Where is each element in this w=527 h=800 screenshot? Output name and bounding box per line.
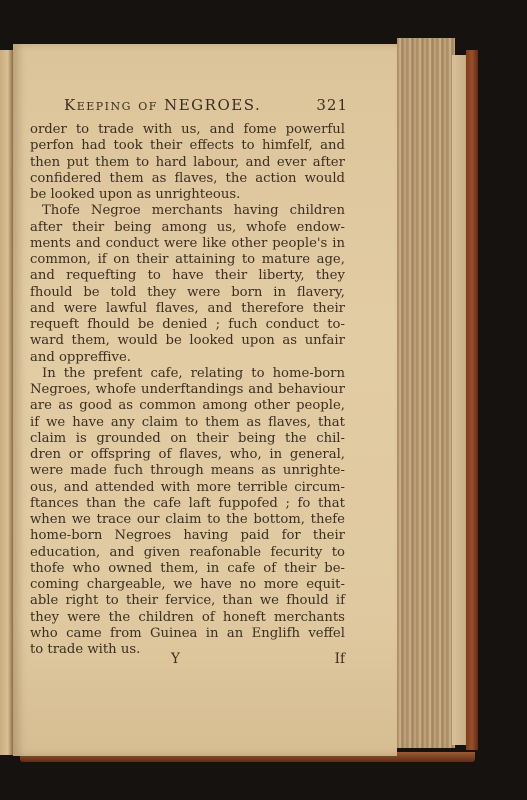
word: conduct bbox=[266, 317, 319, 333]
word: flaves, bbox=[179, 447, 222, 463]
word: in bbox=[273, 285, 286, 301]
word: were bbox=[67, 610, 100, 626]
word: be bbox=[138, 317, 154, 333]
word: and bbox=[110, 545, 135, 561]
word: and bbox=[76, 236, 101, 252]
word: their bbox=[126, 593, 158, 609]
word: an bbox=[227, 626, 243, 642]
text-line: theywerethechildrenofhoneftmerchants bbox=[30, 610, 345, 626]
word: whofe bbox=[246, 220, 286, 236]
word: requeft bbox=[30, 317, 79, 333]
word: confidered bbox=[30, 171, 101, 187]
word: cafe bbox=[227, 561, 255, 577]
word: the bbox=[124, 496, 146, 512]
word: In bbox=[42, 366, 56, 382]
text-line: education,andgivenreafonablefecurityto bbox=[30, 545, 345, 561]
word: circum- bbox=[294, 480, 345, 496]
word: as bbox=[152, 171, 167, 187]
text-line: perfonhadtooktheireffectstohimfelf,and bbox=[30, 138, 345, 154]
word: Negroes, bbox=[30, 382, 91, 398]
word: have bbox=[172, 268, 204, 284]
word: himfelf, bbox=[262, 138, 313, 154]
word: have bbox=[200, 577, 232, 593]
word: then bbox=[30, 155, 60, 171]
word: hard bbox=[156, 155, 187, 171]
word: on bbox=[113, 252, 129, 268]
word: to bbox=[241, 138, 254, 154]
word: be bbox=[166, 333, 182, 349]
word: in bbox=[207, 561, 220, 577]
word: and bbox=[30, 301, 55, 317]
word: fhould bbox=[30, 285, 72, 301]
word: education, bbox=[30, 545, 100, 561]
word: to- bbox=[327, 317, 345, 333]
word: had bbox=[81, 138, 106, 154]
word: relating bbox=[191, 366, 244, 382]
word: were bbox=[64, 301, 97, 317]
page-footer: Y If bbox=[30, 651, 345, 669]
text-line: requeftfhouldbedenied;fuchconductto- bbox=[30, 317, 345, 333]
word: conduct bbox=[106, 236, 159, 252]
word: and bbox=[64, 480, 89, 496]
word: Englifh bbox=[252, 626, 300, 642]
word: that bbox=[318, 415, 345, 431]
word: their bbox=[150, 138, 182, 154]
word: liberty, bbox=[258, 268, 304, 284]
word: them bbox=[95, 155, 129, 171]
word: their bbox=[215, 268, 247, 284]
word: endow- bbox=[297, 220, 345, 236]
word: thofe bbox=[30, 561, 64, 577]
word: honeft bbox=[223, 610, 266, 626]
word: trace bbox=[97, 512, 132, 528]
word: as bbox=[118, 398, 133, 414]
word: general, bbox=[290, 447, 345, 463]
running-head: Keeping of NEGROES. 321 bbox=[64, 96, 348, 114]
word: the bbox=[109, 610, 131, 626]
word: or bbox=[69, 447, 83, 463]
page-number: 321 bbox=[316, 96, 348, 114]
word: thefe bbox=[311, 512, 345, 528]
word: if bbox=[336, 593, 345, 609]
word: are bbox=[30, 398, 52, 414]
word: bottom, bbox=[253, 512, 305, 528]
word: other bbox=[231, 236, 267, 252]
word: powerful bbox=[286, 122, 345, 138]
word: fervice, bbox=[165, 593, 215, 609]
word: and bbox=[30, 268, 55, 284]
word: who, bbox=[230, 447, 262, 463]
word: fecurity bbox=[271, 545, 323, 561]
word: fo bbox=[298, 496, 311, 512]
word: than bbox=[86, 496, 116, 512]
word: were bbox=[187, 285, 220, 301]
word: they bbox=[316, 268, 345, 284]
text-line: Negroes,whofeunderftandingsandbehaviour bbox=[30, 382, 345, 398]
word: flavery, bbox=[297, 285, 345, 301]
word: Negroe bbox=[91, 203, 141, 219]
word: unrighte- bbox=[283, 463, 345, 479]
word: told bbox=[110, 285, 136, 301]
text-line: mentsandconductwerelikeotherpeople'sin bbox=[30, 236, 345, 252]
word: Thofe bbox=[42, 203, 80, 219]
text-line: drenoroffspringofflaves,who,ingeneral, bbox=[30, 447, 345, 463]
word: more bbox=[264, 577, 299, 593]
word: people's bbox=[272, 236, 327, 252]
word: veffel bbox=[308, 626, 345, 642]
word: no bbox=[240, 577, 256, 593]
word: equit- bbox=[306, 577, 345, 593]
word: in bbox=[269, 447, 282, 463]
word: to bbox=[148, 268, 161, 284]
text-line: home-bornNegroeshavingpaidfortheir bbox=[30, 528, 345, 544]
word: age, bbox=[317, 252, 345, 268]
word: if bbox=[98, 252, 107, 268]
word: flaves, bbox=[175, 171, 218, 187]
word: that bbox=[318, 496, 345, 512]
word: the bbox=[285, 431, 307, 447]
word: and bbox=[210, 122, 235, 138]
word: attended bbox=[95, 480, 154, 496]
word: born bbox=[231, 285, 262, 301]
word: looked bbox=[189, 333, 233, 349]
word: as bbox=[282, 333, 297, 349]
word: their bbox=[136, 252, 168, 268]
word: were bbox=[164, 236, 197, 252]
word: requefting bbox=[66, 268, 136, 284]
word: fhould bbox=[87, 317, 129, 333]
word: took bbox=[113, 138, 142, 154]
word: and bbox=[320, 138, 345, 154]
book-scene: Keeping of NEGROES. 321 ordertotradewith… bbox=[0, 0, 527, 800]
text-line: thofewhoownedthem,incafeoftheirbe- bbox=[30, 561, 345, 577]
word: denied bbox=[162, 317, 207, 333]
word: when bbox=[30, 512, 66, 528]
word: their bbox=[72, 220, 104, 236]
text-line: ablerighttotheirfervice,thanwefhouldif bbox=[30, 593, 345, 609]
word: children bbox=[290, 203, 345, 219]
word: them bbox=[205, 415, 239, 431]
word: of bbox=[159, 447, 172, 463]
word: after bbox=[30, 220, 62, 236]
word: dren bbox=[30, 447, 61, 463]
word: paid bbox=[240, 528, 269, 544]
word: ward bbox=[30, 333, 64, 349]
signature-mark: Y bbox=[171, 651, 180, 667]
word: have bbox=[72, 415, 104, 431]
word: put bbox=[67, 155, 89, 171]
word: the bbox=[64, 366, 86, 382]
word: their bbox=[313, 301, 345, 317]
word: Negroes bbox=[115, 528, 172, 544]
running-head-title: Keeping of NEGROES. bbox=[64, 96, 261, 114]
word: owned bbox=[108, 561, 152, 577]
word: labour, bbox=[193, 155, 239, 171]
word: as bbox=[261, 463, 276, 479]
word: behaviour bbox=[278, 382, 345, 398]
text-line: confideredthemasflaves,theactionwould bbox=[30, 171, 345, 187]
word: to bbox=[76, 122, 89, 138]
text-line-content: and oppreffive. bbox=[30, 350, 131, 366]
word: us, bbox=[181, 122, 200, 138]
word: right bbox=[66, 593, 99, 609]
word: they bbox=[147, 285, 176, 301]
word: in bbox=[206, 626, 219, 642]
word: lawful bbox=[106, 301, 147, 317]
word: therefore bbox=[241, 301, 304, 317]
word: claim bbox=[165, 512, 201, 528]
word: they bbox=[30, 610, 59, 626]
word: good bbox=[79, 398, 112, 414]
word: perfon bbox=[30, 138, 74, 154]
word: grounded bbox=[96, 431, 160, 447]
word: upon bbox=[241, 333, 274, 349]
text-line: ftancesthanthecafelaftfuppofed;fothat bbox=[30, 496, 345, 512]
word: them, bbox=[72, 333, 110, 349]
word: ever bbox=[277, 155, 306, 171]
word: having bbox=[183, 528, 228, 544]
word: flaves, bbox=[268, 415, 311, 431]
word: of bbox=[202, 610, 215, 626]
previous-page-edge bbox=[0, 50, 13, 755]
word: be bbox=[83, 285, 99, 301]
word: given bbox=[144, 545, 180, 561]
word: prefent bbox=[93, 366, 142, 382]
word: were bbox=[30, 463, 63, 479]
word: made bbox=[70, 463, 107, 479]
text-line: ordertotradewithus,andfomepowerful bbox=[30, 122, 345, 138]
text-line: and oppreffive. bbox=[30, 350, 345, 366]
word: ; bbox=[216, 317, 220, 333]
word: fuch bbox=[114, 463, 143, 479]
word: cafe bbox=[153, 496, 181, 512]
word: the bbox=[226, 171, 248, 187]
word: the bbox=[226, 512, 248, 528]
word: among bbox=[162, 220, 207, 236]
word: cafe, bbox=[150, 366, 182, 382]
word: their bbox=[284, 561, 316, 577]
word: would bbox=[305, 171, 345, 187]
word: home-born bbox=[273, 366, 345, 382]
word: home-born bbox=[30, 528, 102, 544]
word: common, bbox=[30, 252, 91, 268]
word: we bbox=[173, 577, 192, 593]
word: reafonable bbox=[190, 545, 262, 561]
word: we bbox=[72, 512, 91, 528]
word: to bbox=[106, 593, 119, 609]
word: as bbox=[246, 415, 261, 431]
book-cover-edge bbox=[466, 50, 478, 750]
word: more bbox=[196, 480, 231, 496]
word: merchants bbox=[152, 203, 223, 219]
word: after bbox=[313, 155, 345, 171]
body-text: ordertotradewithus,andfomepowerfulperfon… bbox=[30, 122, 345, 658]
text-line: areasgoodascommonamongotherpeople, bbox=[30, 398, 345, 414]
word: to bbox=[242, 252, 255, 268]
word: common bbox=[139, 398, 196, 414]
word: claim bbox=[142, 415, 178, 431]
word: order bbox=[30, 122, 67, 138]
word: like bbox=[202, 236, 226, 252]
word: laft bbox=[189, 496, 211, 512]
word: merchants bbox=[274, 610, 345, 626]
word: ments bbox=[30, 236, 71, 252]
word: mature bbox=[262, 252, 310, 268]
text-line: andwerelawfulflaves,andthereforetheir bbox=[30, 301, 345, 317]
text-line: ThofeNegroemerchantshavingchildren bbox=[30, 203, 345, 219]
word: us, bbox=[217, 220, 236, 236]
word: to bbox=[185, 415, 198, 431]
text-line: common,ifontheirattainingtomatureage, bbox=[30, 252, 345, 268]
word: to bbox=[332, 545, 345, 561]
word: having bbox=[234, 203, 279, 219]
word: their bbox=[313, 528, 345, 544]
word: able bbox=[30, 593, 58, 609]
word: flaves, bbox=[156, 301, 199, 317]
word: we bbox=[260, 593, 279, 609]
word: attaining bbox=[175, 252, 235, 268]
word: and bbox=[248, 382, 273, 398]
text-line: aftertheirbeingamongus,whofeendow- bbox=[30, 220, 345, 236]
word: on bbox=[170, 431, 186, 447]
word: ous, bbox=[30, 480, 57, 496]
word: chargeable, bbox=[87, 577, 166, 593]
text-line: claimisgroundedontheirbeingthechil- bbox=[30, 431, 345, 447]
word: their bbox=[196, 431, 228, 447]
word: with bbox=[143, 122, 172, 138]
word: them, bbox=[160, 561, 198, 577]
word: fome bbox=[243, 122, 276, 138]
word: for bbox=[282, 528, 301, 544]
page-edges-inner bbox=[452, 55, 466, 745]
word: and bbox=[246, 155, 271, 171]
word: to bbox=[251, 366, 264, 382]
word: of bbox=[263, 561, 276, 577]
text-line: fhouldbetoldtheywereborninflavery, bbox=[30, 285, 345, 301]
word: terrible bbox=[237, 480, 287, 496]
text-line-content: be looked upon as unrighteous. bbox=[30, 187, 240, 203]
word: who bbox=[30, 626, 58, 642]
word: underftandings bbox=[141, 382, 243, 398]
word: as bbox=[58, 398, 73, 414]
text-line: ous,andattendedwithmoreterriblecircum- bbox=[30, 480, 345, 496]
word: coming bbox=[30, 577, 79, 593]
word: would bbox=[117, 333, 157, 349]
text-line: whenwetraceourclaimtothebottom,thefe bbox=[30, 512, 345, 528]
word: being bbox=[114, 220, 151, 236]
word: with bbox=[161, 480, 190, 496]
word: effects bbox=[190, 138, 234, 154]
text-line: be looked upon as unrighteous. bbox=[30, 187, 345, 203]
word: we bbox=[46, 415, 65, 431]
word: being bbox=[238, 431, 275, 447]
word: to bbox=[207, 512, 220, 528]
word: is bbox=[76, 431, 87, 447]
word: trade bbox=[98, 122, 134, 138]
word: and bbox=[208, 301, 233, 317]
text-line: whocamefromGuineainanEnglifhveffel bbox=[30, 626, 345, 642]
catchword: If bbox=[335, 651, 345, 667]
word: unfair bbox=[305, 333, 345, 349]
word: claim bbox=[30, 431, 66, 447]
text-line: ifwehaveanyclaimtothemasflaves,that bbox=[30, 415, 345, 431]
word: people, bbox=[296, 398, 345, 414]
word: children bbox=[138, 610, 193, 626]
text-line: andrequeftingtohavetheirliberty,they bbox=[30, 268, 345, 284]
word: means bbox=[211, 463, 254, 479]
word: them bbox=[110, 171, 144, 187]
word: ftances bbox=[30, 496, 79, 512]
word: if bbox=[30, 415, 39, 431]
word: whofe bbox=[96, 382, 136, 398]
word: from bbox=[110, 626, 142, 642]
word: Guinea bbox=[150, 626, 197, 642]
word: any bbox=[111, 415, 135, 431]
word: offspring bbox=[91, 447, 151, 463]
text-line: Intheprefentcafe,relatingtohome-born bbox=[30, 366, 345, 382]
word: chil- bbox=[316, 431, 345, 447]
word: through bbox=[150, 463, 203, 479]
text-line: wardthem,wouldbelookeduponasunfair bbox=[30, 333, 345, 349]
text-line: thenputthemtohardlabour,andeverafter bbox=[30, 155, 345, 171]
word: than bbox=[223, 593, 253, 609]
word: our bbox=[137, 512, 160, 528]
text-line: weremadefuchthroughmeansasunrighte- bbox=[30, 463, 345, 479]
page-edges-stack bbox=[397, 38, 455, 748]
word: fhould bbox=[286, 593, 328, 609]
word: among bbox=[202, 398, 247, 414]
word: other bbox=[254, 398, 290, 414]
word: ; bbox=[285, 496, 289, 512]
word: fuppofed bbox=[219, 496, 278, 512]
word: in bbox=[332, 236, 345, 252]
word: came bbox=[66, 626, 102, 642]
word: be- bbox=[324, 561, 345, 577]
word: to bbox=[136, 155, 149, 171]
word: action bbox=[255, 171, 296, 187]
word: who bbox=[72, 561, 100, 577]
text-line: comingchargeable,wehavenomoreequit- bbox=[30, 577, 345, 593]
word: fuch bbox=[228, 317, 257, 333]
